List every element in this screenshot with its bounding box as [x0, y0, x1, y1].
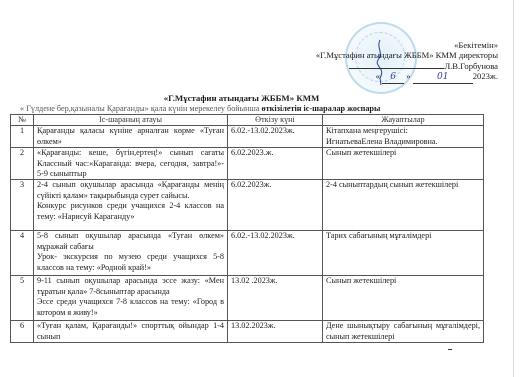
event-name: 9-11 сынып оқушылар арасында эссе жазу: … [34, 276, 228, 321]
responsible-line: 2-4 сыныптардың сынып жетекшілері [326, 180, 480, 190]
date-day: 6 [390, 72, 396, 82]
event-responsible: Кітапхана меңгерушісі: ИгнатьеваЕлена Вл… [323, 126, 484, 148]
event-name-line: Қарағанды қаласы күніне арналған көрме «… [37, 126, 224, 147]
responsible-line: Тарих сабағының мұғалімдері [326, 231, 480, 241]
col-header-number: № [11, 115, 34, 126]
date-close-quote: » [406, 71, 410, 81]
table-row: 1 Қарағанды қаласы күніне арналған көрме… [11, 126, 484, 148]
responsible-line: Сынып жетекшілері [326, 148, 480, 158]
event-name-line: 2-4 сынып оқушылар арасында «Қарағанды м… [37, 180, 224, 201]
row-number: 4 [11, 231, 34, 276]
date-day-blank: 6 [382, 71, 404, 83]
event-date: 6.02.-13.02.2023ж. [228, 231, 323, 276]
event-name-line: «Туған қалам, Қарағанды!» спорттық ойынд… [37, 321, 224, 342]
event-name: 5-8 сынып оқушылар арасында «Туған өлкем… [34, 231, 228, 276]
event-date: 6.02.2023ж. [228, 180, 323, 231]
event-responsible: Сынып жетекшілері [323, 148, 484, 180]
approval-signer-line: Л.В.Горбунова [316, 61, 498, 71]
col-header-responsible: Жауаптылар [323, 115, 484, 126]
date-open-quote: « [376, 71, 380, 81]
event-responsible: Дене шынықтыру сабағының мұғалімдері, сы… [323, 321, 484, 343]
approval-date-line: « 6 » 012023ж. [316, 71, 498, 83]
plan-subtitle-heading: өткізілетін іс-шаралар жоспары [262, 104, 381, 113]
events-plan-table: № Іс-шараның атауы Өткізу күні Жауаптыла… [10, 114, 484, 343]
event-date: 13.02 .2023ж. [228, 276, 323, 321]
approval-signer: Л.В.Горбунова [444, 61, 498, 71]
table-row: 6 «Туған қалам, Қарағанды!» спорттық ойы… [11, 321, 484, 343]
date-month: 01 [437, 72, 448, 82]
event-responsible: Сынып жетекшілері [323, 276, 484, 321]
event-name-line: 5-8 сынып оқушылар арасында «Туған өлкем… [37, 231, 224, 252]
row-number: 1 [11, 126, 34, 148]
plan-subtitle-event: « Гүлдене бер,қазыналы Қарағанды» қала к… [20, 104, 260, 113]
row-number: 2 [11, 148, 34, 180]
date-year: 2023ж. [473, 71, 498, 81]
event-responsible: Тарих сабағының мұғалімдері [323, 231, 484, 276]
org-title: «Г.Мұстафин атындағы ЖББМ» КММ [0, 93, 483, 103]
date-month-blank: 01 [413, 71, 473, 83]
event-name: Қарағанды қаласы күніне арналған көрме «… [34, 126, 228, 148]
event-name: «Туған қалам, Қарағанды!» спорттық ойынд… [34, 321, 228, 343]
col-header-date: Өткізу күні [228, 115, 323, 126]
event-name: 2-4 сынып оқушылар арасында «Қарағанды м… [34, 180, 228, 231]
responsible-line: Дене шынықтыру сабағының мұғалімдері, сы… [326, 321, 480, 342]
table-header-row: № Іс-шараның атауы Өткізу күні Жауаптыла… [11, 115, 484, 126]
event-date: 6.02.-13.02.2023ж. [228, 126, 323, 148]
page-edge-divider [513, 0, 514, 377]
table-row: 4 5-8 сынып оқушылар арасында «Туған өлк… [11, 231, 484, 276]
responsible-line: ИгнатьеваЕлена Владимировна. [326, 137, 480, 147]
signature-blank [349, 68, 444, 69]
approval-org-line: «Г.Мұстафин атындағы ЖББМ» КММ директоры [316, 50, 498, 60]
plan-subtitle: « Гүлдене бер,қазыналы Қарағанды» қала к… [20, 104, 380, 113]
event-responsible: 2-4 сыныптардың сынып жетекшілері [323, 180, 484, 231]
table-row: 5 9-11 сынып оқушылар арасында эссе жазу… [11, 276, 484, 321]
approval-label: «Бекітемін» [316, 40, 498, 50]
table-row: 3 2-4 сынып оқушылар арасында «Қарағанды… [11, 180, 484, 231]
event-name-line: Эссе среди учащихся 7-8 классов на тему:… [37, 297, 224, 318]
event-name-line: «Қарағанды: кеше, бүгін,ертең!» сынып са… [37, 148, 224, 179]
event-name-line: 9-11 сынып оқушылар арасында эссе жазу: … [37, 276, 224, 297]
event-name: «Қарағанды: кеше, бүгін,ертең!» сынып са… [34, 148, 228, 180]
responsible-line: Кітапхана меңгерушісі: [326, 126, 480, 136]
event-date: 13.02.2023ж. [228, 321, 323, 343]
row-number: 3 [11, 180, 34, 231]
responsible-line: Сынып жетекшілері [326, 276, 480, 286]
row-number: 5 [11, 276, 34, 321]
table-row: 2 «Қарағанды: кеше, бүгін,ертең!» сынып … [11, 148, 484, 180]
event-date: 6.02.2023.ж. [228, 148, 323, 180]
col-header-event-name: Іс-шараның атауы [34, 115, 228, 126]
stray-mark [448, 349, 452, 350]
row-number: 6 [11, 321, 34, 343]
event-name-line: Конкурс рисунков среди учащихся 2-4 клас… [37, 201, 224, 222]
event-name-line: Урок- экскурсия по музею среди учащихся … [37, 252, 224, 273]
approval-block: «Бекітемін» «Г.Мұстафин атындағы ЖББМ» К… [316, 40, 498, 84]
